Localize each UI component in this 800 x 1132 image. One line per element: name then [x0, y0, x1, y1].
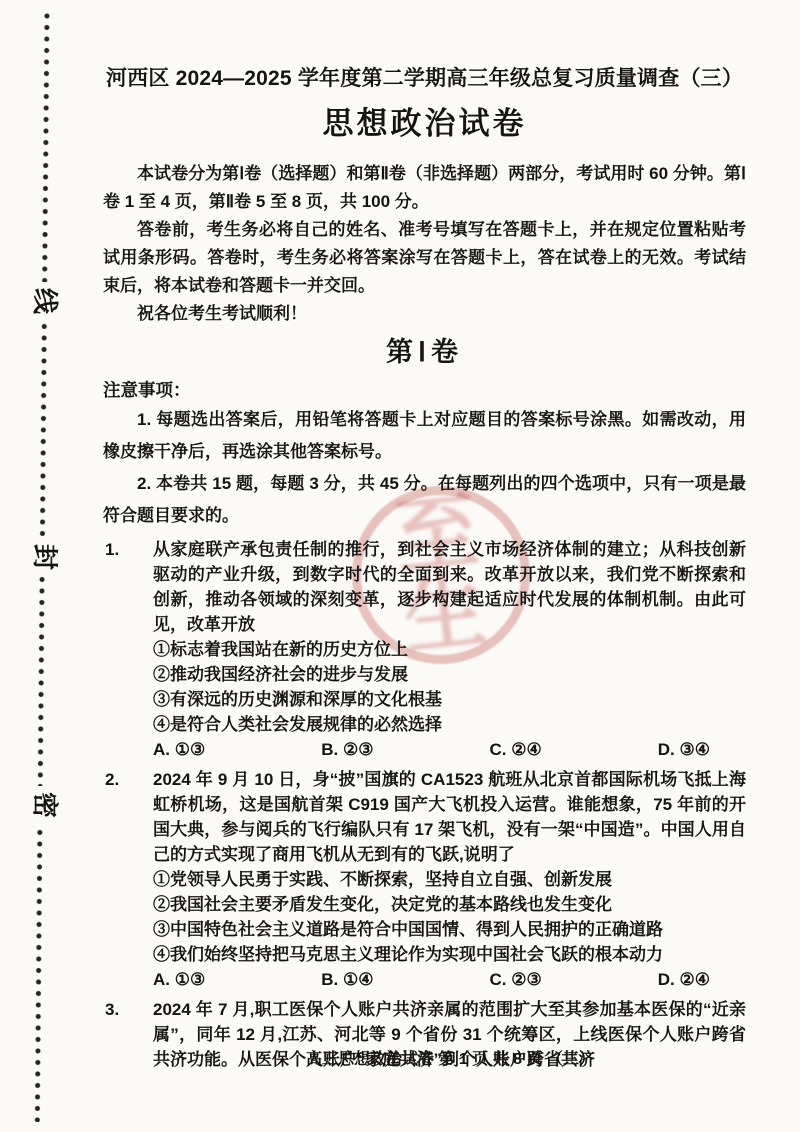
statement-item: ②推动我国经济社会的进步与发展: [153, 662, 746, 687]
choice-b: B. ①④: [321, 967, 373, 992]
exam-page: 河西区 2024—2025 学年度第二学期高三年级总复习质量调查（三） 思想政治…: [103, 64, 746, 1072]
choice-d: D. ③④: [658, 737, 710, 762]
statement-item: ①党领导人民勇于实践、不断探索，坚持自立自强、创新发展: [153, 867, 746, 892]
instruction-paragraph: 本试卷分为第Ⅰ卷（选择题）和第Ⅱ卷（非选择题）两部分，考试用时 60 分钟。第Ⅰ…: [103, 160, 746, 216]
statement-item: ③中国特色社会主义道路是符合中国国情、得到人民拥护的正确道路: [153, 917, 746, 942]
seal-char-mi: 密: [28, 786, 66, 824]
page-footer: 高三思想政治试卷 第 1 页 共 8 页 （三）: [103, 1048, 746, 1072]
section-title-volume1: 第Ⅰ卷: [103, 332, 746, 372]
note-item: 1. 每题选出答案后，用铅笔将答题卡上对应题目的答案标号涂黑。如需改动，用橡皮擦…: [103, 404, 746, 468]
question-body: 2024 年 9 月 10 日，身“披”国旗的 CA1523 航班从北京首都国际…: [153, 767, 746, 992]
choice-a: A. ①③: [153, 737, 205, 762]
question-stem: 从家庭联产承包责任制的推行，到社会主义市场经济体制的建立；从科技创新驱动的产业升…: [153, 537, 746, 637]
instruction-paragraph: 答卷前，考生务必将自己的姓名、准考号填写在答题卡上，并在规定位置粘贴考试用条形码…: [103, 216, 746, 300]
answer-choices: A. ①③ B. ②③ C. ②④ D. ③④: [153, 737, 746, 762]
choice-c: C. ②④: [490, 737, 542, 762]
statement-item: ①标志着我国站在新的历史方位上: [153, 637, 746, 662]
statement-item: ④我们始终坚持把马克思主义理论作为实现中国社会飞跃的根本动力: [153, 942, 746, 967]
question-number: 1.: [103, 537, 153, 762]
choice-b: B. ②③: [321, 737, 373, 762]
note-item: 2. 本卷共 15 题，每题 3 分，共 45 分。在每题列出的四个选项中，只有…: [103, 468, 746, 532]
question-stem: 2024 年 9 月 10 日，身“披”国旗的 CA1523 航班从北京首都国际…: [153, 767, 746, 867]
seal-char-xian: 线: [28, 282, 66, 320]
notes-heading: 注意事项：: [103, 376, 746, 404]
question-number: 2.: [103, 767, 153, 992]
statement-item: ②我国社会主要矛盾发生变化，决定党的基本路线也发生变化: [153, 892, 746, 917]
good-luck-line: 祝各位考生考试顺利！: [103, 300, 746, 328]
exam-instructions: 本试卷分为第Ⅰ卷（选择题）和第Ⅱ卷（非选择题）两部分，考试用时 60 分钟。第Ⅰ…: [103, 160, 746, 328]
statement-item: ③有深远的历史渊源和深厚的文化根基: [153, 687, 746, 712]
choice-a: A. ①③: [153, 967, 205, 992]
statement-item: ④是符合人类社会发展规律的必然选择: [153, 712, 746, 737]
question-body: 从家庭联产承包责任制的推行，到社会主义市场经济体制的建立；从科技创新驱动的产业升…: [153, 537, 746, 762]
choice-c: C. ②③: [490, 967, 542, 992]
seal-char-feng: 封: [28, 538, 66, 576]
choice-d: D. ②④: [658, 967, 710, 992]
exam-subtitle: 思想政治试卷: [103, 102, 746, 146]
question-1: 1. 从家庭联产承包责任制的推行，到社会主义市场经济体制的建立；从科技创新驱动的…: [103, 537, 746, 762]
question-2: 2. 2024 年 9 月 10 日，身“披”国旗的 CA1523 航班从北京首…: [103, 767, 746, 992]
answer-choices: A. ①③ B. ①④ C. ②③ D. ②④: [153, 967, 746, 992]
exam-title: 河西区 2024—2025 学年度第二学期高三年级总复习质量调查（三）: [103, 64, 746, 94]
